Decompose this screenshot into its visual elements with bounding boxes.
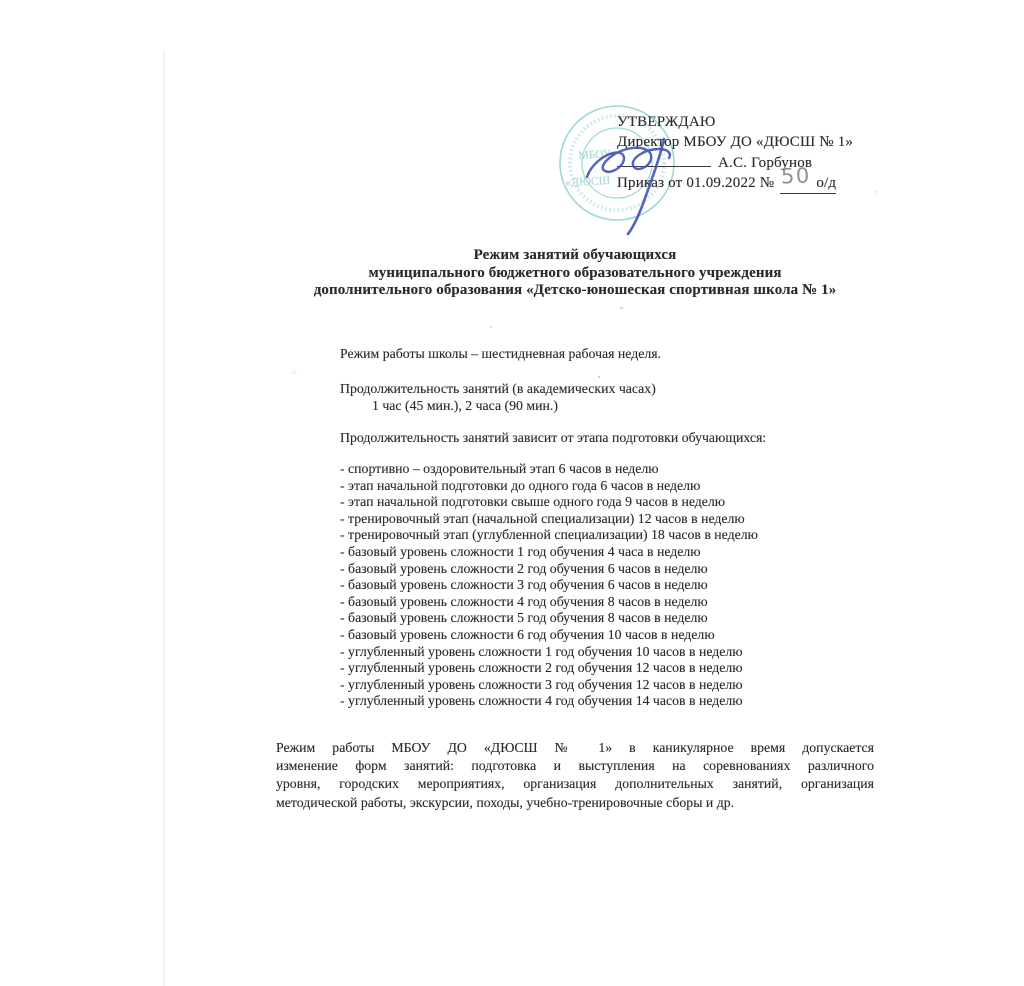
order-suffix: о/д <box>816 175 836 191</box>
schedule-item: - спортивно – оздоровительный этап 6 час… <box>340 461 766 478</box>
order-number-group: 50о/д <box>780 174 836 195</box>
schedule-item: - этап начальной подготовки свыше одного… <box>340 494 766 511</box>
title-line: муниципального бюджетного образовательно… <box>225 265 925 283</box>
scan-artifact <box>598 376 600 378</box>
signature-tail <box>628 139 664 234</box>
title-line: дополнительного образования «Детско-юнош… <box>225 282 925 300</box>
schedule-item: - углубленный уровень сложности 1 год об… <box>340 644 766 661</box>
paragraph-work-week: Режим работы школы – шестидневная рабоча… <box>340 345 766 362</box>
schedule-item: - базовый уровень сложности 3 год обучен… <box>340 577 766 594</box>
scan-artifact <box>292 371 297 374</box>
schedule-item: - базовый уровень сложности 6 год обучен… <box>340 627 766 644</box>
schedule-item: - базовый уровень сложности 5 год обучен… <box>340 610 766 627</box>
closing-line: изменение форм занятий: подготовка и выс… <box>276 757 874 775</box>
paragraph-stage-heading: Продолжительность занятий зависит от эта… <box>340 429 766 446</box>
schedule-item: - углубленный уровень сложности 4 год об… <box>340 693 766 710</box>
scanned-document-page: МБОУ «ДЮСШ УТВЕРЖДАЮ Директор МБОУ ДО «Д… <box>0 0 1024 986</box>
closing-paragraph: Режим работы МБОУ ДО «ДЮСШ № 1» в канику… <box>276 739 874 812</box>
scan-artifact <box>490 326 492 328</box>
schedule-item: - базовый уровень сложности 4 год обучен… <box>340 594 766 611</box>
closing-line: методической работы, экскурсии, походы, … <box>276 794 874 812</box>
scan-artifact <box>620 307 623 309</box>
schedule-item: - этап начальной подготовки до одного го… <box>340 478 766 495</box>
schedule-item: - углубленный уровень сложности 3 год об… <box>340 677 766 694</box>
schedule-item: - углубленный уровень сложности 2 год об… <box>340 660 766 677</box>
title-line: Режим занятий обучающихся <box>225 247 925 265</box>
scan-artifact <box>874 190 878 193</box>
closing-line: уровня, городских мероприятиях, организа… <box>276 775 874 793</box>
schedule-item: - базовый уровень сложности 2 год обучен… <box>340 561 766 578</box>
paragraph-duration-detail: 1 час (45 мин.), 2 часа (90 мин.) <box>340 397 766 414</box>
closing-line: Режим работы МБОУ ДО «ДЮСШ № 1» в канику… <box>276 739 874 757</box>
page-edge-line <box>163 52 165 986</box>
signature <box>577 127 709 239</box>
document-body: Режим работы школы – шестидневная рабоча… <box>340 345 766 710</box>
document-title: Режим занятий обучающихсямуниципального … <box>225 247 925 300</box>
paragraph-duration-heading: Продолжительность занятий (в академическ… <box>340 380 766 397</box>
order-number-handwritten: 50 <box>781 166 811 187</box>
schedule-item: - базовый уровень сложности 1 год обучен… <box>340 544 766 561</box>
schedule-item: - тренировочный этап (углубленной специа… <box>340 527 766 544</box>
schedule-item: - тренировочный этап (начальной специали… <box>340 511 766 528</box>
schedule-list: - спортивно – оздоровительный этап 6 час… <box>340 461 766 710</box>
